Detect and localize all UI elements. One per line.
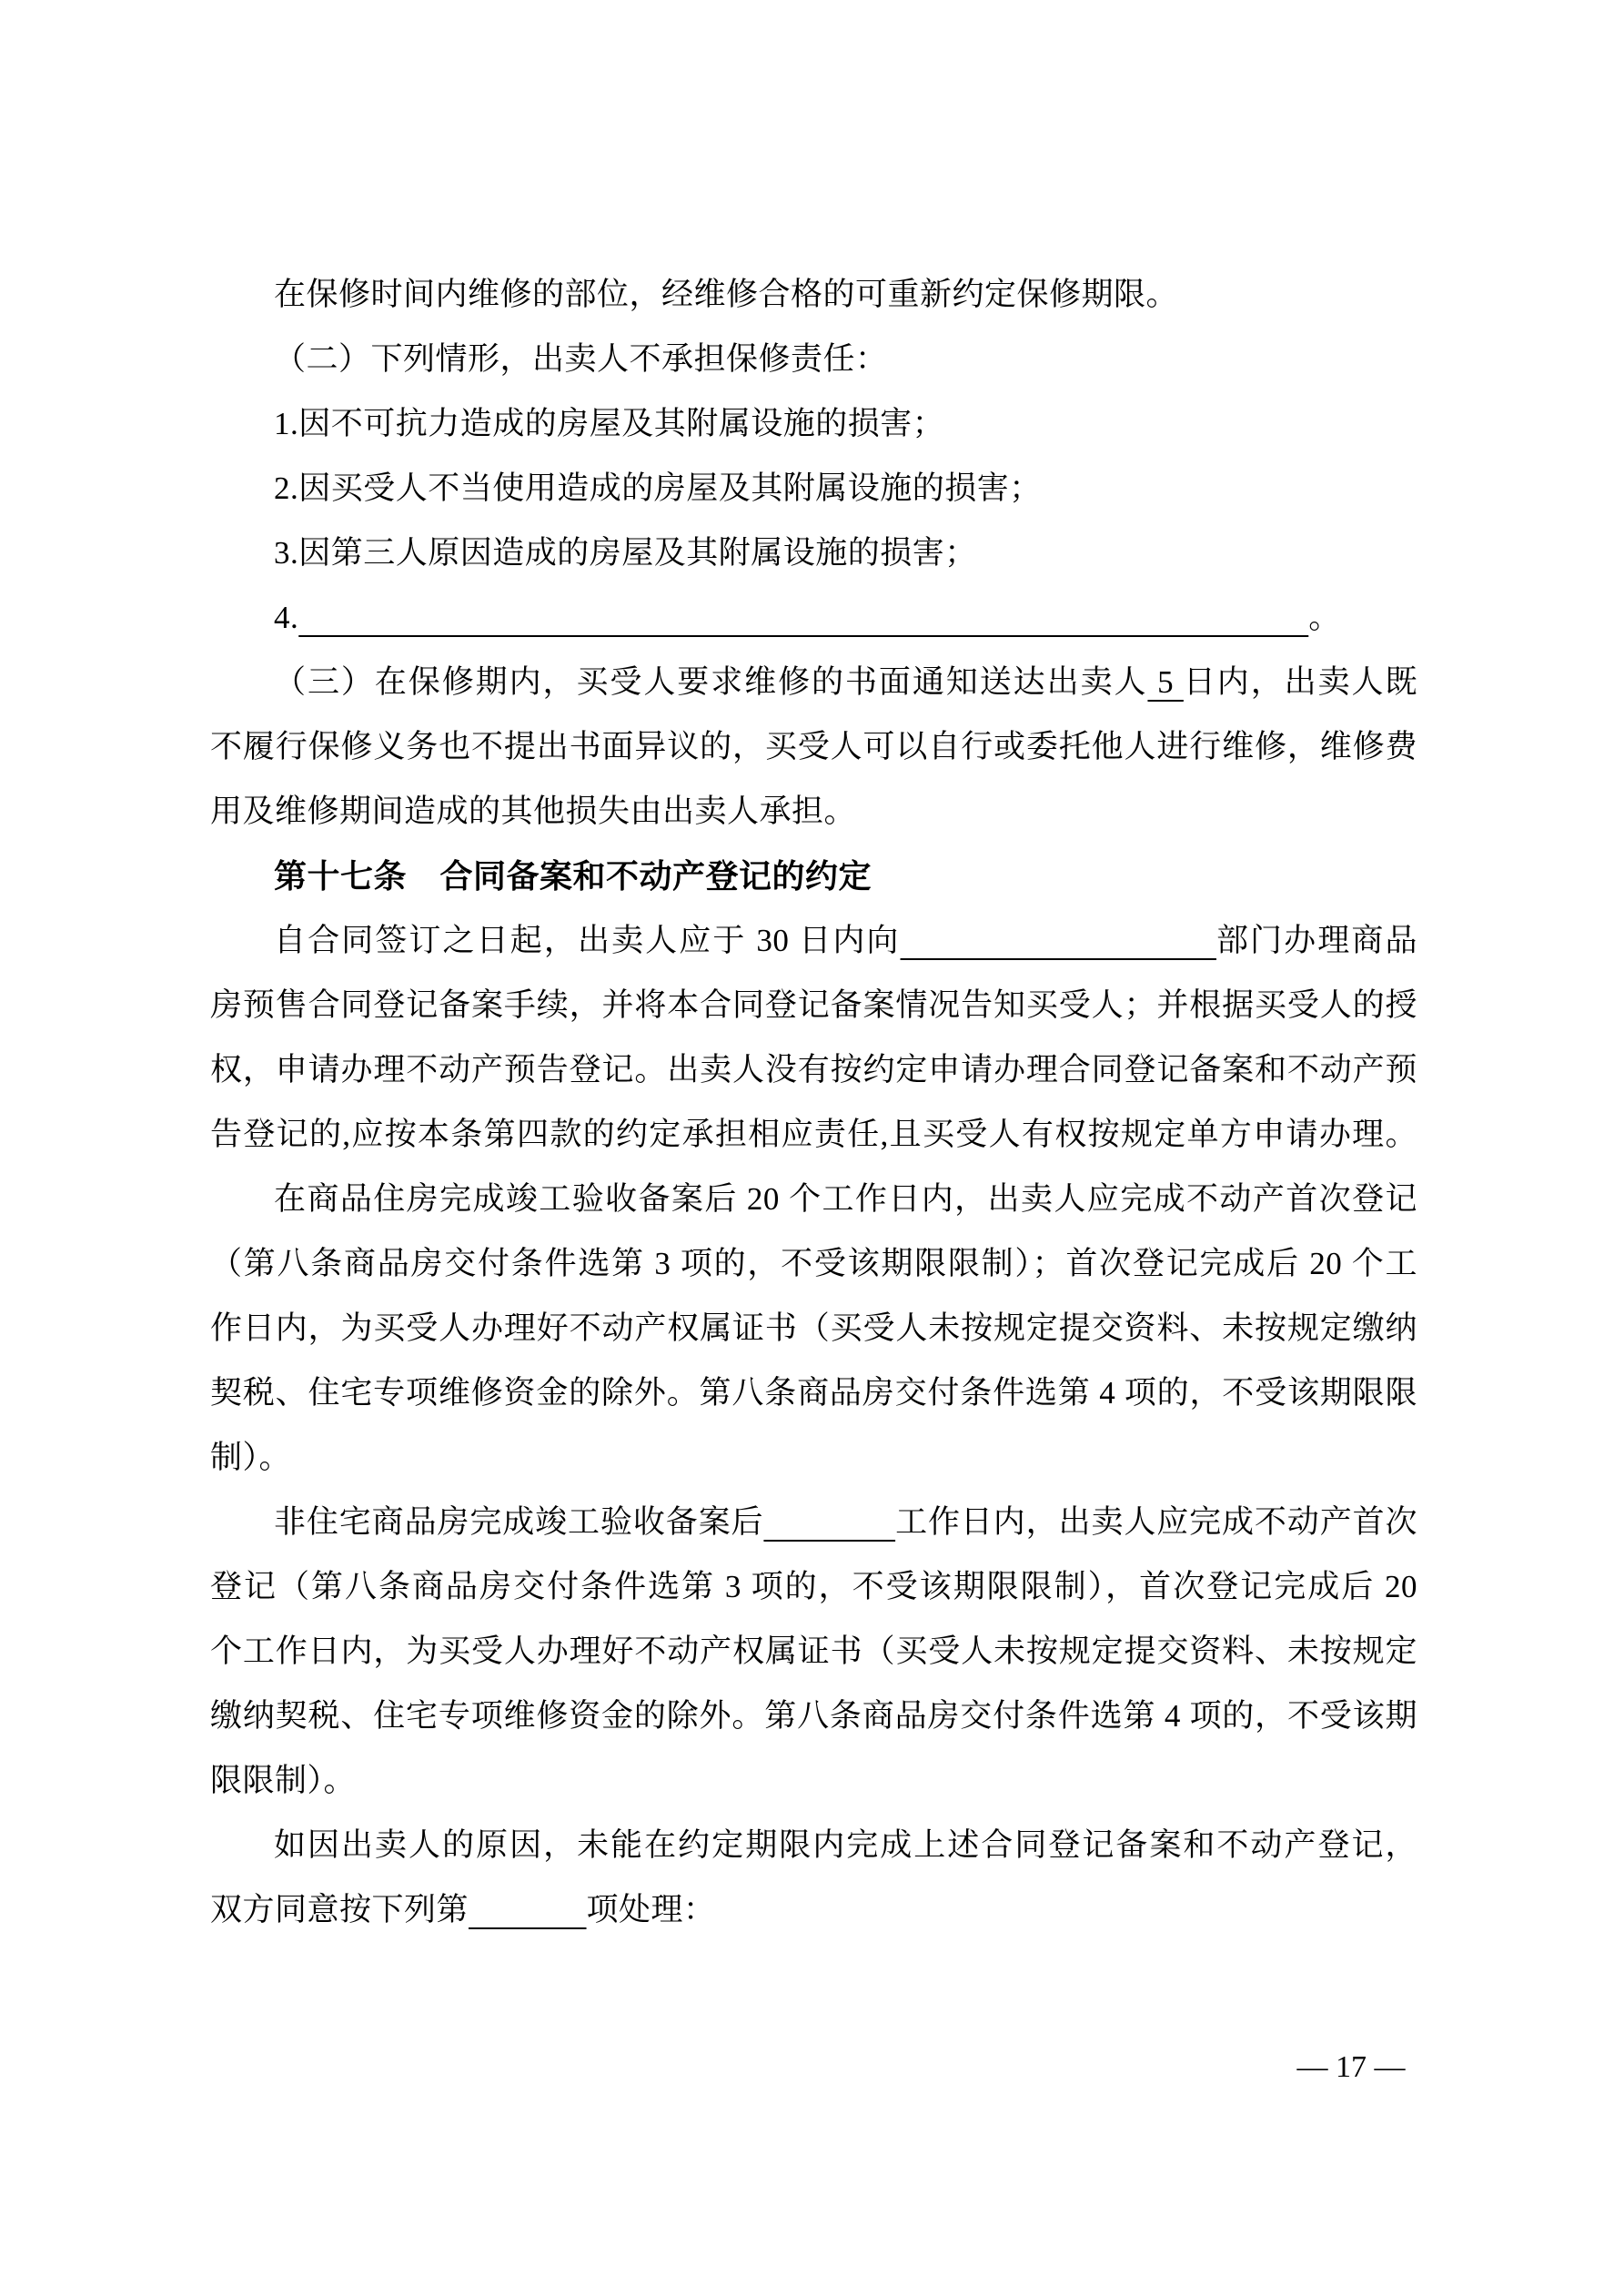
- text-line: 2.因买受人不当使用造成的房屋及其附属设施的损害；: [210, 456, 1417, 521]
- text-line: 用及维修期间造成的其他损失由出卖人承担。: [210, 779, 1417, 844]
- text-segment: 4.: [274, 600, 298, 635]
- text-segment: 个工作日内，为买受人办理好不动产权属证书（买受人未按规定提交资料、未按规定: [210, 1633, 1417, 1669]
- text-line: 1.因不可抗力造成的房屋及其附属设施的损害；: [210, 391, 1417, 456]
- text-segment: 2.因买受人不当使用造成的房屋及其附属设施的损害；: [274, 470, 1042, 506]
- text-segment: 权，申请办理不动产预告登记。出卖人没有按约定申请办理合同登记备案和不动产预: [210, 1052, 1417, 1087]
- text-segment: 限限制）。: [210, 1763, 356, 1798]
- text-line: 契税、住宅专项维修资金的除外。第八条商品房交付条件选第 4 项的，不受该期限限: [210, 1360, 1417, 1425]
- text-segment: 第十七条 合同备案和不动产登记的约定: [274, 857, 872, 895]
- text-segment: 项处理：: [587, 1892, 716, 1927]
- text-line: （二）下列情形，出卖人不承担保修责任：: [210, 327, 1417, 391]
- text-line: 在保修时间内维修的部位，经维修合格的可重新约定保修期限。: [210, 262, 1417, 327]
- blank-underline-field: [901, 923, 1216, 958]
- text-segment: 告登记的,应按本条第四款的约定承担相应责任,且买受人有权按规定单方申请办理。: [210, 1117, 1417, 1152]
- text-line: 非住宅商品房完成竣工验收备案后 工作日内，出卖人应完成不动产首次: [210, 1490, 1417, 1554]
- text-segment: 双方同意按下列第: [210, 1892, 469, 1927]
- text-line: 4. 。: [210, 585, 1417, 650]
- text-segment: 登记（第八条商品房交付条件选第 3 项的，不受该期限限制），首次登记完成后 20: [210, 1569, 1417, 1604]
- text-segment: 自合同签订之日起，出卖人应于 30 日内向: [274, 923, 901, 958]
- text-segment: 在商品住房完成竣工验收备案后 20 个工作日内，出卖人应完成不动产首次登记: [274, 1181, 1417, 1217]
- underlined-value: 5: [1147, 664, 1183, 700]
- text-line: （三）在保修期内，买受人要求维修的书面通知送达出卖人 5 日内，出卖人既: [210, 650, 1417, 714]
- text-line: 权，申请办理不动产预告登记。出卖人没有按约定申请办理合同登记备案和不动产预: [210, 1037, 1417, 1102]
- text-segment: 制）。: [210, 1440, 291, 1475]
- text-line: 自合同签订之日起，出卖人应于 30 日内向 部门办理商品: [210, 908, 1417, 973]
- text-segment: 日内，出卖人既: [1184, 664, 1417, 700]
- text-segment: 部门办理商品: [1216, 923, 1417, 958]
- text-segment: 房预售合同登记备案手续，并将本合同登记备案情况告知买受人；并根据买受人的授: [210, 987, 1417, 1023]
- text-segment: 非住宅商品房完成竣工验收备案后: [274, 1504, 763, 1540]
- contract-document-page: 在保修时间内维修的部位，经维修合格的可重新约定保修期限。（二）下列情形，出卖人不…: [0, 0, 1624, 2296]
- text-segment: 缴纳契税、住宅专项维修资金的除外。第八条商品房交付条件选第 4 项的，不受该期: [210, 1698, 1417, 1734]
- text-segment: 契税、住宅专项维修资金的除外。第八条商品房交付条件选第 4 项的，不受该期限限: [210, 1375, 1417, 1411]
- text-line: 缴纳契税、住宅专项维修资金的除外。第八条商品房交付条件选第 4 项的，不受该期: [210, 1684, 1417, 1748]
- text-line: 不履行保修义务也不提出书面异议的，买受人可以自行或委托他人进行维修，维修费: [210, 714, 1417, 779]
- article-heading: 第十七条 合同备案和不动产登记的约定: [210, 844, 1417, 908]
- text-line: 限限制）。: [210, 1748, 1417, 1813]
- text-segment: （第八条商品房交付条件选第 3 项的，不受该期限限制）；首次登记完成后 20 个…: [210, 1246, 1417, 1281]
- text-line: 登记（第八条商品房交付条件选第 3 项的，不受该期限限制），首次登记完成后 20: [210, 1554, 1417, 1619]
- text-segment: 用及维修期间造成的其他损失由出卖人承担。: [210, 794, 856, 829]
- text-segment: 。: [1308, 600, 1341, 635]
- text-line: 如因出卖人的原因，未能在约定期限内完成上述合同登记备案和不动产登记，: [210, 1813, 1417, 1877]
- text-line: 告登记的,应按本条第四款的约定承担相应责任,且买受人有权按规定单方申请办理。: [210, 1102, 1417, 1167]
- text-line: 3.因第三人原因造成的房屋及其附属设施的损害；: [210, 521, 1417, 585]
- text-line: 制）。: [210, 1425, 1417, 1490]
- text-segment: 3.因第三人原因造成的房屋及其附属设施的损害；: [274, 535, 977, 571]
- text-segment: 作日内，为买受人办理好不动产权属证书（买受人未按规定提交资料、未按规定缴纳: [210, 1310, 1417, 1346]
- text-line: （第八条商品房交付条件选第 3 项的，不受该期限限制）；首次登记完成后 20 个…: [210, 1231, 1417, 1296]
- text-line: 房预售合同登记备案手续，并将本合同登记备案情况告知买受人；并根据买受人的授: [210, 973, 1417, 1037]
- blank-underline-field: [298, 600, 1308, 635]
- text-segment: 工作日内，出卖人应完成不动产首次: [895, 1504, 1417, 1540]
- page-number: — 17 —: [1256, 2049, 1447, 2086]
- text-segment: 如因出卖人的原因，未能在约定期限内完成上述合同登记备案和不动产登记，: [274, 1827, 1417, 1863]
- text-segment: 不履行保修义务也不提出书面异议的，买受人可以自行或委托他人进行维修，维修费: [210, 729, 1417, 764]
- text-line: 双方同意按下列第 项处理：: [210, 1877, 1417, 1942]
- blank-underline-field: [469, 1892, 587, 1927]
- blank-underline-field: [763, 1504, 895, 1540]
- text-segment: 在保修时间内维修的部位，经维修合格的可重新约定保修期限。: [274, 277, 1178, 312]
- text-segment: （三）在保修期内，买受人要求维修的书面通知送达出卖人: [274, 664, 1147, 700]
- text-line: 在商品住房完成竣工验收备案后 20 个工作日内，出卖人应完成不动产首次登记: [210, 1167, 1417, 1231]
- contract-body-text: 在保修时间内维修的部位，经维修合格的可重新约定保修期限。（二）下列情形，出卖人不…: [210, 262, 1417, 1942]
- text-line: 个工作日内，为买受人办理好不动产权属证书（买受人未按规定提交资料、未按规定: [210, 1619, 1417, 1684]
- text-line: 作日内，为买受人办理好不动产权属证书（买受人未按规定提交资料、未按规定缴纳: [210, 1296, 1417, 1360]
- text-segment: 1.因不可抗力造成的房屋及其附属设施的损害；: [274, 406, 944, 441]
- text-segment: （二）下列情形，出卖人不承担保修责任：: [274, 341, 888, 377]
